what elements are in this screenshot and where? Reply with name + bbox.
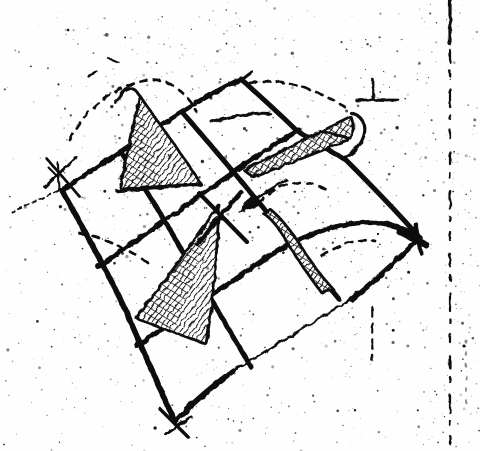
scan-speck	[7, 87, 8, 88]
scan-speck	[378, 431, 380, 433]
scan-speck	[86, 279, 87, 280]
scan-speck	[186, 346, 188, 348]
scan-speck	[304, 181, 306, 183]
scan-speck	[145, 277, 146, 278]
scan-speck	[436, 22, 437, 23]
scan-speck	[466, 346, 467, 347]
scan-speck	[146, 213, 149, 216]
scan-speck	[245, 264, 246, 265]
scan-speck	[122, 266, 123, 267]
scan-speck	[460, 282, 461, 283]
scan-speck	[471, 368, 472, 369]
scan-speck	[453, 152, 454, 153]
scan-speck	[16, 434, 17, 435]
scan-speck	[344, 95, 345, 96]
scan-speck	[156, 97, 157, 98]
scan-speck	[266, 394, 268, 396]
scan-speck	[462, 358, 464, 360]
scan-speck	[471, 413, 472, 414]
scan-speck	[471, 395, 472, 396]
scan-speck	[250, 175, 253, 178]
scan-speck	[122, 83, 123, 84]
scan-speck	[357, 333, 358, 334]
scan-speck	[473, 158, 476, 161]
scan-speck	[429, 12, 431, 14]
scan-speck	[121, 252, 124, 255]
scan-speck	[432, 132, 434, 134]
scan-speck	[466, 436, 467, 437]
scan-speck	[77, 43, 78, 44]
scan-speck	[289, 82, 292, 85]
scan-speck	[155, 95, 156, 96]
scan-speck	[33, 359, 34, 360]
scan-speck	[168, 154, 170, 156]
scan-speck	[80, 366, 82, 368]
scan-speck	[217, 131, 218, 132]
scan-speck	[142, 379, 144, 381]
scan-speck	[235, 270, 236, 271]
scan-speck	[379, 91, 381, 93]
scan-speck	[136, 177, 138, 179]
scan-speck	[445, 265, 446, 266]
scan-speck	[307, 360, 308, 361]
scan-speck	[191, 29, 192, 30]
scan-speck	[349, 253, 350, 254]
scanned-sketch-page: Hand-drawn perspective sketch of a 3x3 g…	[0, 0, 480, 451]
scan-speck	[444, 416, 445, 417]
scan-speck	[192, 231, 193, 232]
scan-speck	[460, 308, 461, 309]
scan-speck	[83, 197, 86, 200]
scan-speck	[78, 283, 79, 284]
scan-speck	[470, 248, 471, 249]
scan-speck	[153, 130, 154, 131]
scan-speck	[282, 38, 283, 39]
scan-speck	[249, 310, 251, 312]
scan-speck	[425, 82, 427, 84]
scan-speck	[81, 147, 83, 149]
scan-speck	[20, 124, 21, 125]
scan-speck	[469, 156, 470, 157]
scan-speck	[74, 407, 75, 408]
scan-speck	[459, 279, 460, 280]
scan-speck	[274, 173, 275, 174]
scan-speck	[66, 139, 67, 140]
scan-speck	[391, 139, 392, 140]
scan-speck	[234, 62, 235, 63]
scan-speck	[334, 340, 337, 343]
scan-speck	[380, 186, 382, 188]
scan-speck	[152, 112, 153, 113]
scan-speck	[217, 62, 218, 63]
scan-speck	[193, 188, 194, 189]
scan-speck	[77, 316, 79, 318]
scan-speck	[272, 117, 274, 119]
scan-speck	[121, 124, 124, 127]
scan-speck	[165, 384, 166, 385]
scan-speck	[448, 31, 449, 32]
scan-speck	[457, 321, 458, 322]
scan-speck	[258, 268, 259, 269]
scan-speck	[371, 96, 373, 98]
scan-speck	[175, 234, 176, 235]
scan-speck	[175, 340, 177, 342]
scan-speck	[360, 418, 361, 419]
scan-speck	[310, 100, 311, 101]
scan-speck	[417, 425, 420, 428]
scan-speck	[457, 214, 459, 216]
scan-speck	[71, 86, 72, 87]
scan-speck	[470, 218, 471, 219]
scan-speck	[312, 395, 314, 397]
scan-speck	[202, 190, 203, 191]
scan-speck	[389, 285, 390, 286]
scan-speck	[384, 294, 385, 295]
scan-speck	[401, 39, 402, 40]
scan-speck	[442, 152, 443, 153]
scan-speck	[260, 358, 261, 359]
scan-speck	[156, 414, 157, 415]
scan-speck	[89, 301, 91, 303]
scan-speck	[385, 437, 386, 438]
scan-speck	[388, 226, 389, 227]
scan-speck	[161, 16, 163, 18]
scan-speck	[102, 426, 103, 427]
scan-speck	[222, 219, 224, 221]
scan-speck	[19, 283, 20, 284]
scan-speck	[237, 162, 238, 163]
scan-speck	[70, 230, 71, 231]
scan-speck	[233, 420, 234, 421]
scan-speck	[298, 298, 299, 299]
scan-speck	[332, 242, 334, 244]
scan-speck	[461, 274, 462, 275]
scan-speck	[102, 259, 103, 260]
scan-speck	[38, 26, 39, 27]
scan-speck	[238, 429, 241, 432]
scan-speck	[192, 54, 193, 55]
scan-speck	[402, 39, 403, 40]
scan-speck	[300, 243, 301, 244]
scan-speck	[257, 226, 260, 229]
scan-speck	[288, 222, 289, 223]
scan-speck	[229, 93, 230, 94]
scan-speck	[112, 215, 114, 217]
scan-speck	[371, 199, 372, 200]
scan-speck	[228, 169, 229, 170]
scan-speck	[120, 160, 122, 162]
scan-speck	[330, 207, 331, 208]
scan-speck	[223, 285, 225, 287]
scan-speck	[397, 411, 398, 412]
scan-speck	[348, 312, 349, 313]
scan-speck	[464, 199, 465, 200]
scan-speck	[434, 402, 435, 403]
scan-speck	[328, 196, 329, 197]
scan-speck	[407, 263, 408, 264]
scan-speck	[283, 172, 284, 173]
scan-speck	[421, 166, 422, 167]
scan-speck	[343, 130, 344, 131]
scan-speck	[134, 141, 135, 142]
scan-speck	[307, 10, 308, 11]
scan-speck	[217, 277, 220, 280]
scan-speck	[468, 316, 469, 317]
scan-speck	[177, 229, 178, 230]
scan-speck	[204, 346, 205, 347]
scan-speck	[265, 433, 266, 434]
scan-speck	[281, 403, 282, 404]
scan-speck	[288, 19, 289, 20]
scan-speck	[116, 385, 117, 386]
scan-speck	[74, 337, 76, 339]
scan-speck	[282, 197, 283, 198]
scan-speck	[413, 150, 414, 151]
scan-speck	[208, 157, 211, 160]
scan-speck	[86, 86, 87, 87]
scan-speck	[301, 357, 303, 359]
scan-speck	[159, 43, 160, 44]
scan-speck	[354, 250, 355, 251]
scan-speck	[237, 52, 238, 53]
scan-speck	[431, 46, 432, 47]
scan-speck	[1, 130, 2, 131]
scan-speck	[107, 238, 108, 239]
scan-speck	[297, 414, 298, 415]
scan-speck	[218, 407, 219, 408]
scan-speck	[47, 205, 48, 206]
scan-speck	[119, 337, 120, 338]
scan-speck	[457, 423, 459, 425]
scan-speck	[243, 314, 244, 315]
scan-speck	[400, 256, 402, 258]
scan-speck	[161, 21, 162, 22]
scan-speck	[320, 315, 322, 317]
scan-speck	[90, 184, 91, 185]
scan-speck	[306, 149, 308, 151]
scan-speck	[350, 40, 352, 42]
scan-speck	[446, 19, 447, 20]
scan-speck	[60, 117, 61, 118]
scan-speck	[232, 147, 235, 150]
scan-speck	[420, 322, 421, 323]
scan-speck	[383, 71, 384, 72]
scan-speck	[346, 48, 348, 50]
scan-speck	[468, 212, 470, 214]
scan-speck	[351, 43, 352, 44]
scan-speck	[93, 82, 94, 83]
scan-speck	[374, 118, 375, 119]
scan-speck	[220, 96, 221, 97]
scan-speck	[294, 155, 295, 156]
scan-speck	[114, 229, 115, 230]
scan-speck	[142, 74, 145, 77]
scan-speck	[461, 370, 463, 372]
scan-speck	[220, 49, 221, 50]
scan-speck	[92, 238, 93, 239]
scan-speck	[273, 7, 275, 9]
scan-speck	[232, 212, 233, 213]
scan-speck	[351, 51, 352, 52]
scan-speck	[446, 135, 447, 136]
scan-speck	[345, 138, 347, 140]
scan-speck	[423, 444, 424, 445]
scan-speck	[139, 424, 140, 425]
scan-speck	[217, 155, 218, 156]
scan-speck	[115, 252, 117, 254]
scan-speck	[360, 77, 362, 79]
scan-speck	[64, 108, 66, 110]
scan-speck	[424, 112, 425, 113]
scan-speck	[467, 170, 468, 171]
scan-speck	[85, 413, 86, 414]
scan-speck	[432, 437, 433, 438]
scan-speck	[315, 272, 316, 273]
scan-speck	[71, 379, 72, 380]
scan-speck	[436, 160, 437, 161]
scan-speck	[68, 124, 69, 125]
scan-speck	[336, 228, 339, 231]
scan-speck	[253, 174, 255, 176]
scan-speck	[84, 136, 85, 137]
scan-speck	[375, 149, 376, 150]
scan-speck	[379, 36, 381, 38]
scan-speck	[314, 16, 315, 17]
scan-speck	[154, 183, 156, 185]
scan-speck	[159, 180, 161, 182]
scan-speck	[391, 204, 394, 207]
scan-speck	[235, 12, 237, 14]
scan-speck	[385, 277, 388, 280]
scan-speck	[301, 190, 303, 192]
scan-speck	[361, 254, 362, 255]
scan-speck	[470, 254, 473, 257]
scan-speck	[104, 34, 105, 35]
scan-speck	[261, 194, 262, 195]
scan-speck	[398, 13, 399, 14]
scan-speck	[125, 46, 126, 47]
scan-speck	[264, 351, 265, 352]
scan-speck	[407, 93, 410, 96]
scan-speck	[67, 29, 70, 32]
scan-speck	[299, 199, 300, 200]
scan-speck	[361, 359, 362, 360]
scan-speck	[342, 425, 344, 427]
scan-speck	[124, 36, 126, 38]
scan-speck	[269, 388, 270, 389]
scan-speck	[190, 91, 191, 92]
scan-speck	[413, 218, 414, 219]
scan-speck	[430, 4, 431, 5]
scan-speck	[161, 266, 163, 268]
scan-speck	[130, 353, 133, 356]
scan-speck	[431, 248, 432, 249]
scan-speck	[396, 50, 398, 52]
scan-speck	[184, 176, 185, 177]
scan-speck	[57, 83, 59, 85]
scan-speck	[445, 272, 446, 273]
scan-speck	[347, 274, 348, 275]
scan-speck	[85, 220, 86, 221]
scan-speck	[132, 49, 134, 51]
scan-speck	[161, 193, 163, 195]
scan-speck	[450, 79, 451, 80]
scan-speck	[464, 292, 465, 293]
scan-speck	[59, 205, 62, 208]
scan-speck	[383, 84, 384, 85]
scan-speck	[449, 441, 452, 444]
scan-speck	[391, 242, 392, 243]
scan-speck	[222, 135, 223, 136]
scan-speck	[161, 76, 162, 77]
scan-speck	[142, 233, 144, 235]
scan-speck	[196, 375, 197, 376]
scan-speck	[63, 189, 64, 190]
scan-speck	[437, 442, 439, 444]
scan-speck	[270, 127, 271, 128]
scan-speck	[455, 446, 456, 447]
scan-speck	[215, 148, 216, 149]
scan-speck	[114, 138, 116, 140]
scan-speck	[304, 378, 305, 379]
scan-speck	[444, 104, 445, 105]
scan-speck	[40, 268, 41, 269]
scan-speck	[135, 385, 136, 386]
scan-speck	[327, 229, 330, 232]
scan-speck	[113, 68, 114, 69]
scan-speck	[62, 312, 64, 314]
scan-speck	[153, 426, 156, 429]
scan-speck	[62, 409, 63, 410]
scan-speck	[249, 20, 251, 22]
scan-speck	[377, 97, 379, 99]
scan-speck	[118, 281, 119, 282]
scan-speck	[146, 99, 147, 100]
scan-speck	[452, 162, 453, 163]
scan-speck	[63, 342, 64, 343]
scan-speck	[475, 343, 476, 344]
scan-speck	[358, 272, 359, 273]
scan-speck	[78, 298, 79, 299]
scan-speck	[76, 158, 77, 159]
scan-speck	[317, 152, 318, 153]
scan-speck	[169, 46, 171, 48]
scan-speck	[51, 346, 53, 348]
scan-speck	[218, 95, 219, 96]
scan-speck	[47, 67, 49, 69]
scan-speck	[410, 213, 411, 214]
scan-speck	[152, 294, 154, 296]
scan-speck	[191, 75, 194, 78]
scan-speck	[459, 342, 461, 344]
scan-speck	[435, 41, 437, 43]
scan-speck	[276, 213, 277, 214]
scan-speck	[57, 95, 59, 97]
scan-speck	[475, 261, 476, 262]
scan-speck	[338, 201, 339, 202]
scan-speck	[212, 405, 213, 406]
scan-speck	[183, 123, 185, 125]
scan-speck	[20, 292, 22, 294]
scan-speck	[404, 153, 406, 155]
scan-speck	[4, 88, 6, 90]
scan-speck	[346, 301, 347, 302]
scan-speck	[126, 230, 127, 231]
scan-speck	[18, 51, 20, 53]
scan-speck	[441, 338, 442, 339]
scan-speck	[471, 396, 472, 397]
scan-speck	[160, 133, 161, 134]
